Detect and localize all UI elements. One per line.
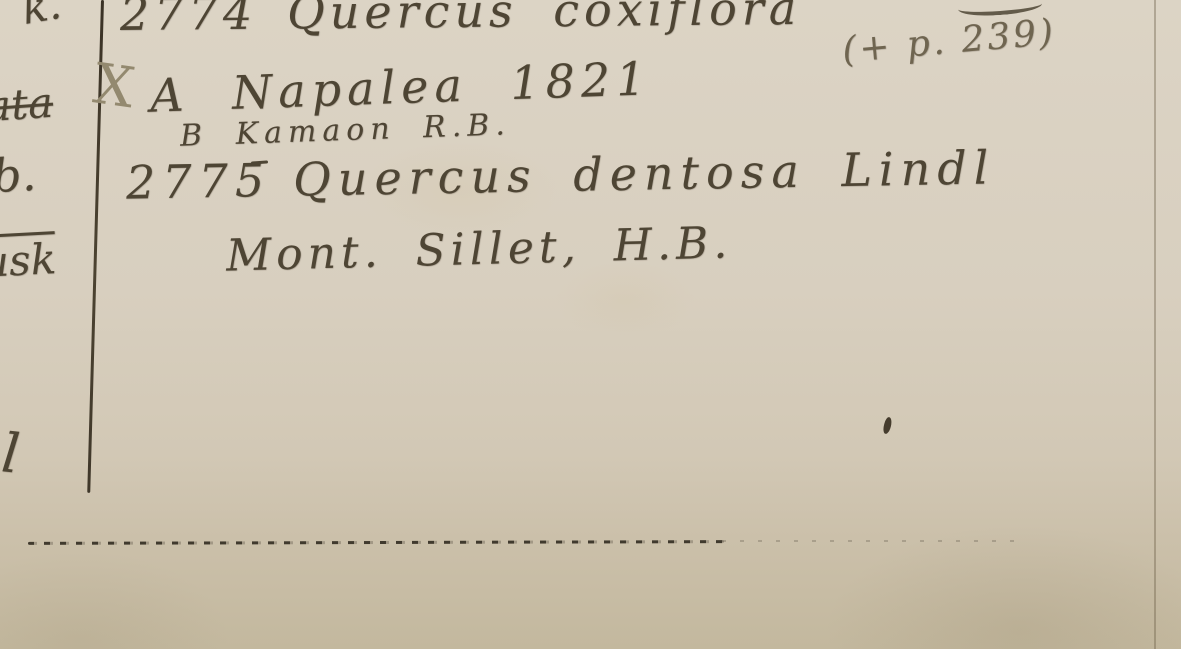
entry-2774-number: 2774 [120, 0, 258, 40]
ink-speck [882, 416, 893, 434]
entry-2775-name: Quercus dentosa Lindl [293, 140, 996, 206]
page-right-edge-line [1154, 0, 1156, 649]
bottom-dashed-rule [28, 540, 724, 545]
entry-2775-locality: Mont. Sillet, H.B. [225, 219, 732, 281]
manuscript-page: k. ata b. usk l 2774Quercus coxiflora (+… [0, 0, 1181, 649]
entry-2774-name: Quercus coxiflora [287, 0, 802, 40]
margin-fragment-top: k. [18, 0, 64, 33]
entry-2775-number: 2775 [126, 155, 272, 208]
entry-2775-line: 2775Quercus dentosa Lindl [126, 142, 996, 208]
margin-fragment-l: l [0, 423, 22, 484]
page-ref-annotation: (+ p. 239) [841, 13, 1058, 71]
margin-fragment-struck: ata [0, 80, 54, 131]
margin-fragment-usk: usk [0, 236, 57, 286]
bottom-dashed-rule-faint [722, 540, 1022, 542]
margin-fragment-b: b. [0, 149, 37, 202]
x-mark-annotation: X [90, 54, 138, 121]
entry-2774-line: 2774Quercus coxiflora [120, 0, 802, 40]
